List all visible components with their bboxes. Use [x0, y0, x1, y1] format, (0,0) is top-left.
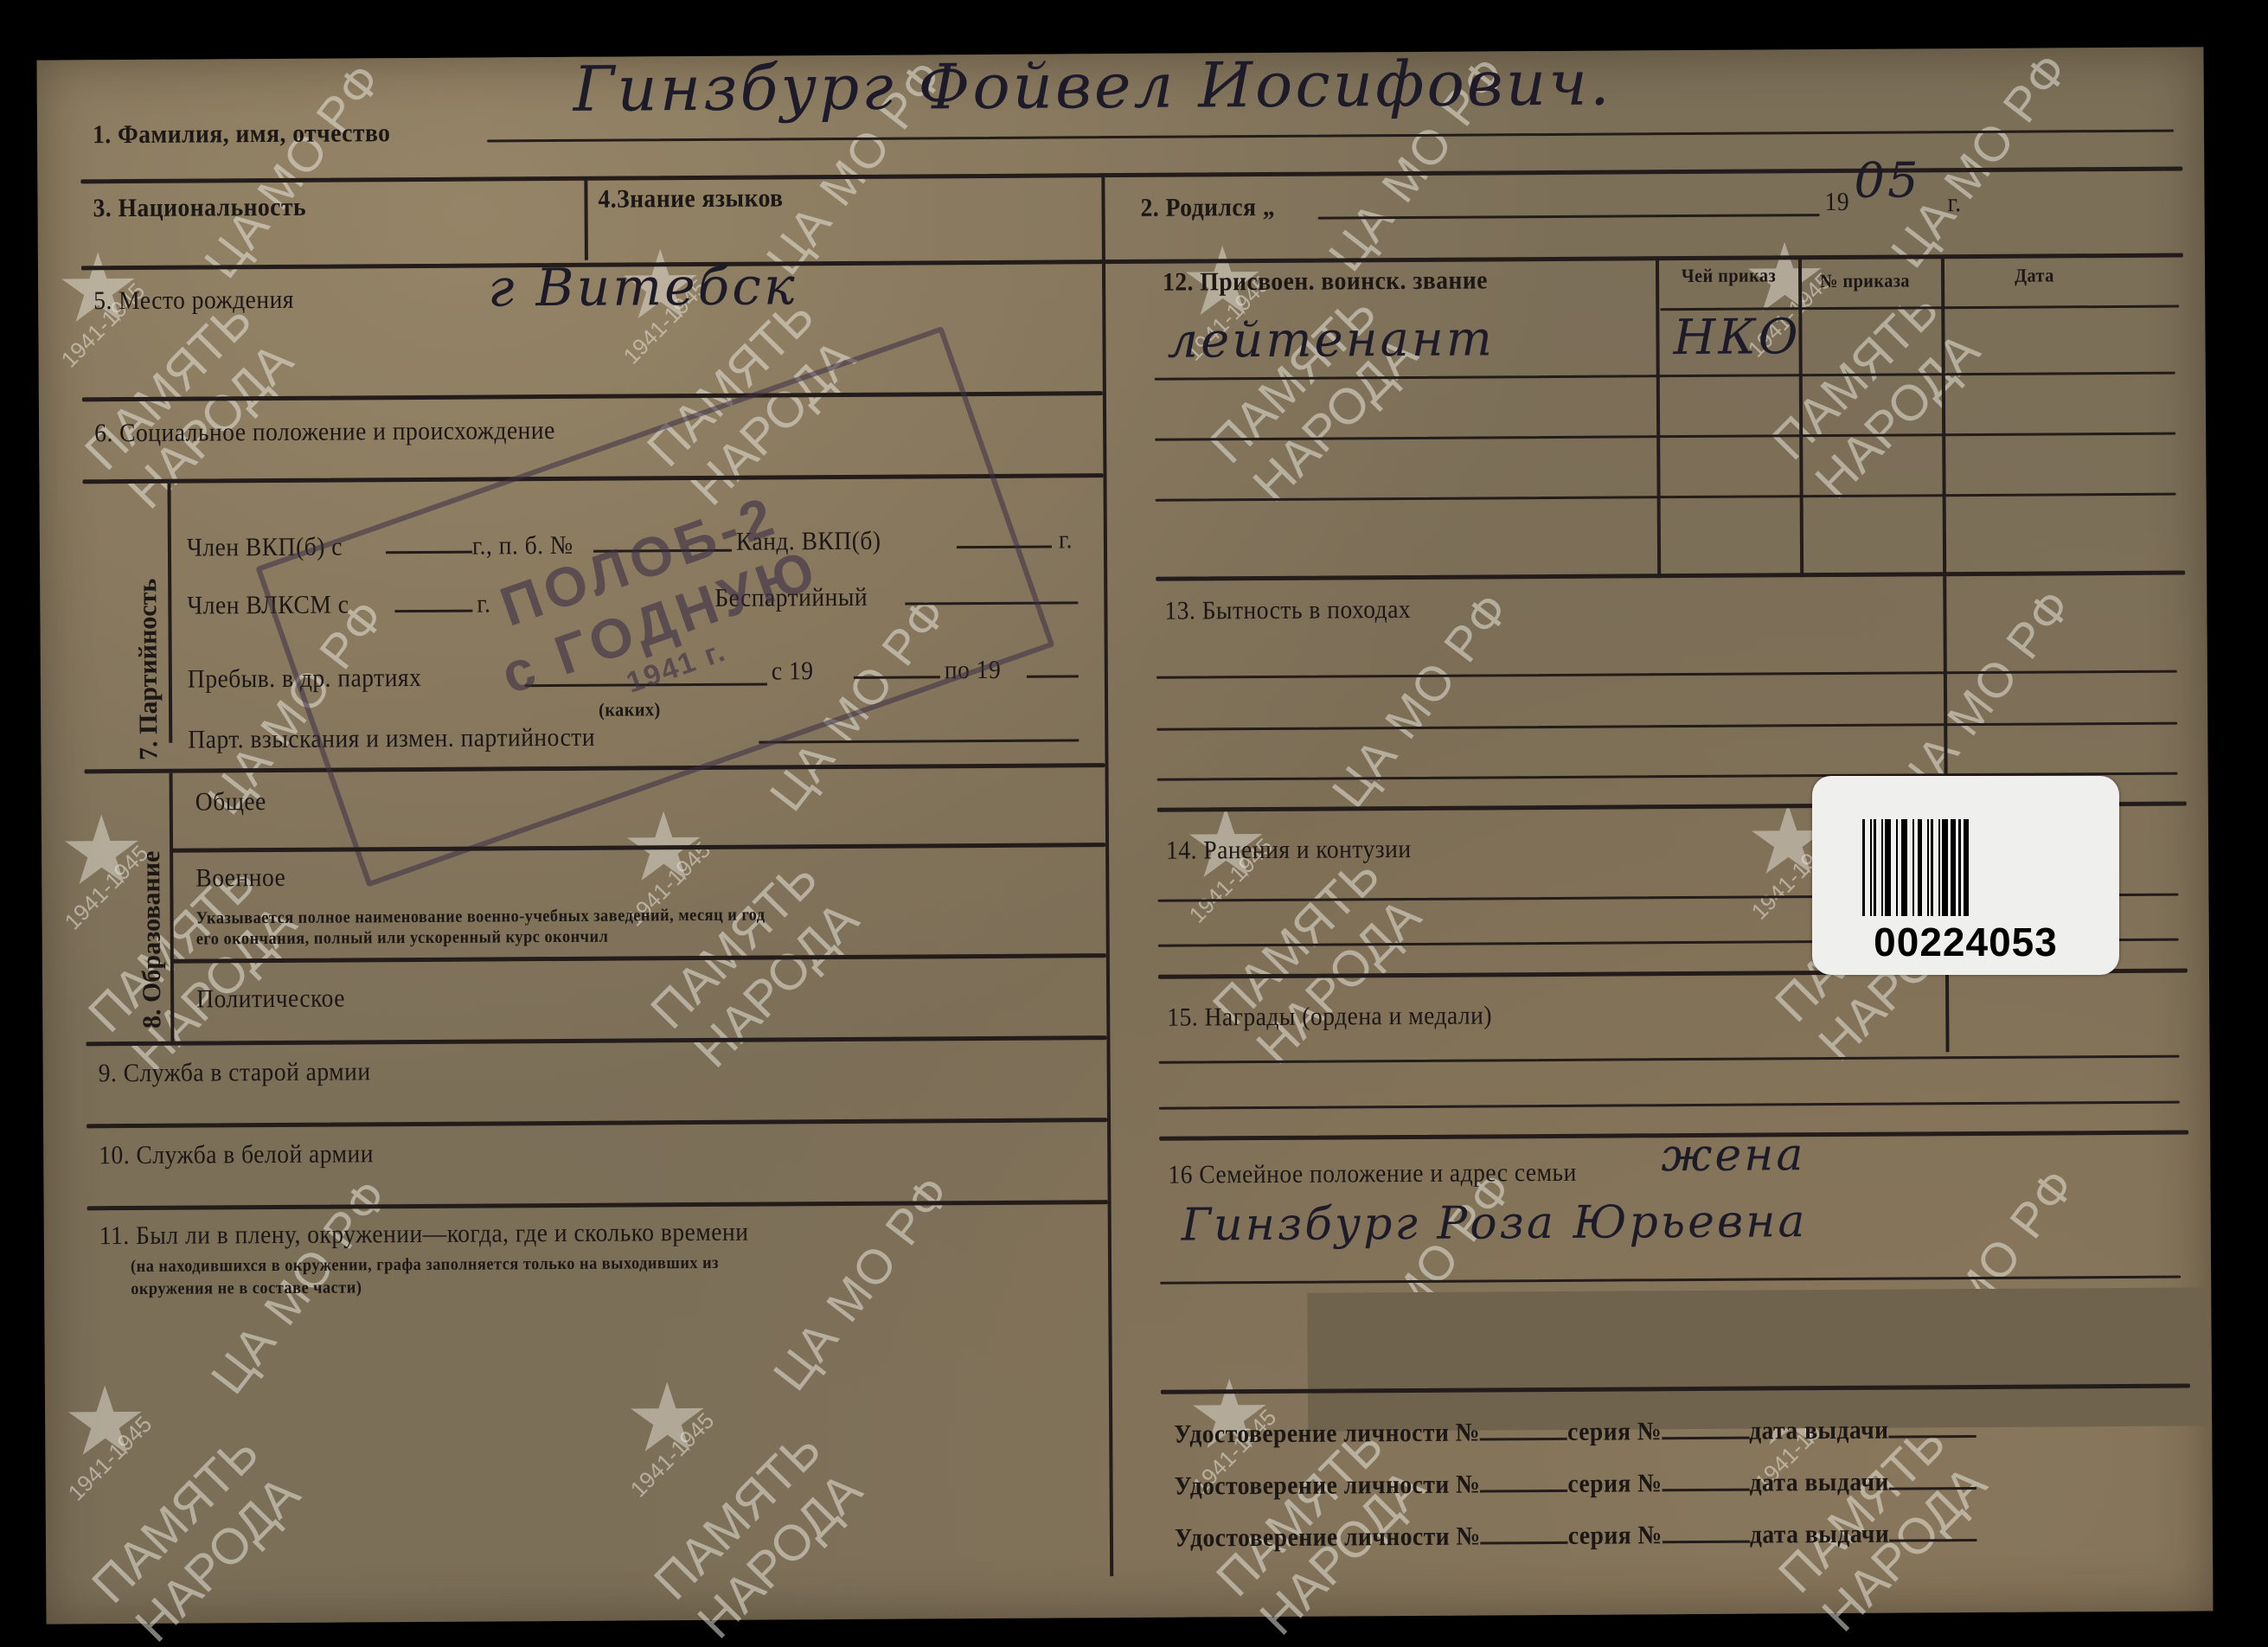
divider [170, 773, 175, 1041]
divider [86, 1035, 1106, 1046]
field-14-label: 14. Ранения и контузии [1166, 835, 1412, 866]
id-row-3: Удостоверение личности №серия №дата выда… [1175, 1519, 1977, 1554]
field-15-label: 15. Награды (ордена и медали) [1167, 1001, 1492, 1032]
column-date: Дата [2015, 264, 2054, 286]
divider [1318, 214, 1820, 220]
watermark-pamyat-naroda: ★ 1941-1945 ПАМЯТЬ НАРОДА [54, 1374, 280, 1600]
field-4-label: 4.Знание языков [598, 183, 783, 214]
divider [86, 1118, 1107, 1128]
field-12-rank-value: лейтенант [1167, 311, 1495, 368]
divider [172, 953, 1106, 964]
field-16-value-name: Гинзбург Роза Юрьевна [1182, 1195, 1808, 1251]
column-order-by: Чей приказ [1673, 264, 1784, 287]
star-icon: ★ [62, 1375, 148, 1471]
field-16-value-relation: жена [1661, 1129, 1806, 1182]
field-5-value: г Витебск [488, 256, 798, 318]
barcode-icon [1862, 819, 2072, 916]
field-2-year: 05 [1854, 152, 1921, 208]
divider [1155, 372, 2175, 381]
field-13-label: 13. Бытность в походах [1164, 595, 1411, 626]
divider [1155, 433, 2175, 441]
divider [1101, 175, 1113, 1576]
watermark-pamyat-naroda: ★ 1941-1945 ПАМЯТЬ НАРОДА [1175, 796, 1401, 1022]
watermark-archive: ЦА МО РФ [193, 52, 394, 289]
star-icon: ★ [625, 1371, 710, 1467]
divider [1156, 493, 2176, 502]
divider [1656, 258, 1661, 578]
field-5-label: 5. Место рождения [93, 285, 294, 316]
archive-barcode-sticker: 00224053 [1812, 776, 2119, 975]
divider [584, 178, 588, 260]
field-1-value: Гинзбург Фойвел Иосифович. [573, 47, 1612, 125]
divider [1160, 1276, 2181, 1285]
section-8-title: 8. Образование [137, 851, 167, 1029]
divider [87, 1200, 1108, 1210]
redacted-address [1307, 1287, 2207, 1431]
ink-stamp: ПОЛОБ-2 с ГОДНУЮ 1941 г. [255, 326, 1054, 888]
field-3-label: 3. Национальность [93, 193, 306, 224]
divider [171, 843, 1105, 853]
divider [487, 130, 2174, 143]
field-10-label: 10. Служба в белой армии [99, 1139, 374, 1170]
watermark-archive: ЦА МО РФ [762, 1164, 963, 1401]
divider [1156, 670, 2177, 679]
barcode-number: 00224053 [1812, 919, 2119, 965]
divider [1156, 571, 2185, 581]
divider [1159, 1055, 2180, 1064]
field-9-label: 9. Служба в старой армии [99, 1057, 371, 1088]
divider [81, 253, 2183, 271]
divider [1159, 1101, 2180, 1110]
field-12-order-by-value: НКО [1673, 309, 1800, 366]
field-6-label: 6. Социальное положение и происхождение [94, 416, 555, 448]
field-1-label: 1. Фамилия, имя, отчество [93, 119, 391, 150]
field-16-label: 16 Семейное положение и адрес семьи [1168, 1158, 1577, 1190]
field-2-label: 2. Родился „ [1140, 193, 1275, 223]
column-order-number: № приказа [1820, 269, 1910, 292]
divider [1156, 722, 2177, 731]
id-row-2: Удостоверение личности №серия №дата выда… [1174, 1467, 1976, 1502]
star-icon: ★ [59, 804, 144, 900]
watermark-pamyat-naroda: ★ 1941-1945 ПАМЯТЬ НАРОДА [616, 1370, 842, 1597]
divider [1798, 257, 1804, 577]
field-11-label: 11. Был ли в плену, окружении—когда, где… [99, 1218, 749, 1252]
divider [167, 484, 172, 743]
section-7-title: 7. Партийность [133, 579, 163, 760]
field-12-label: 12. Присвоен. воинск. звание [1163, 266, 1488, 297]
id-row-1: Удостоверение личности №серия №дата выда… [1174, 1415, 1976, 1450]
